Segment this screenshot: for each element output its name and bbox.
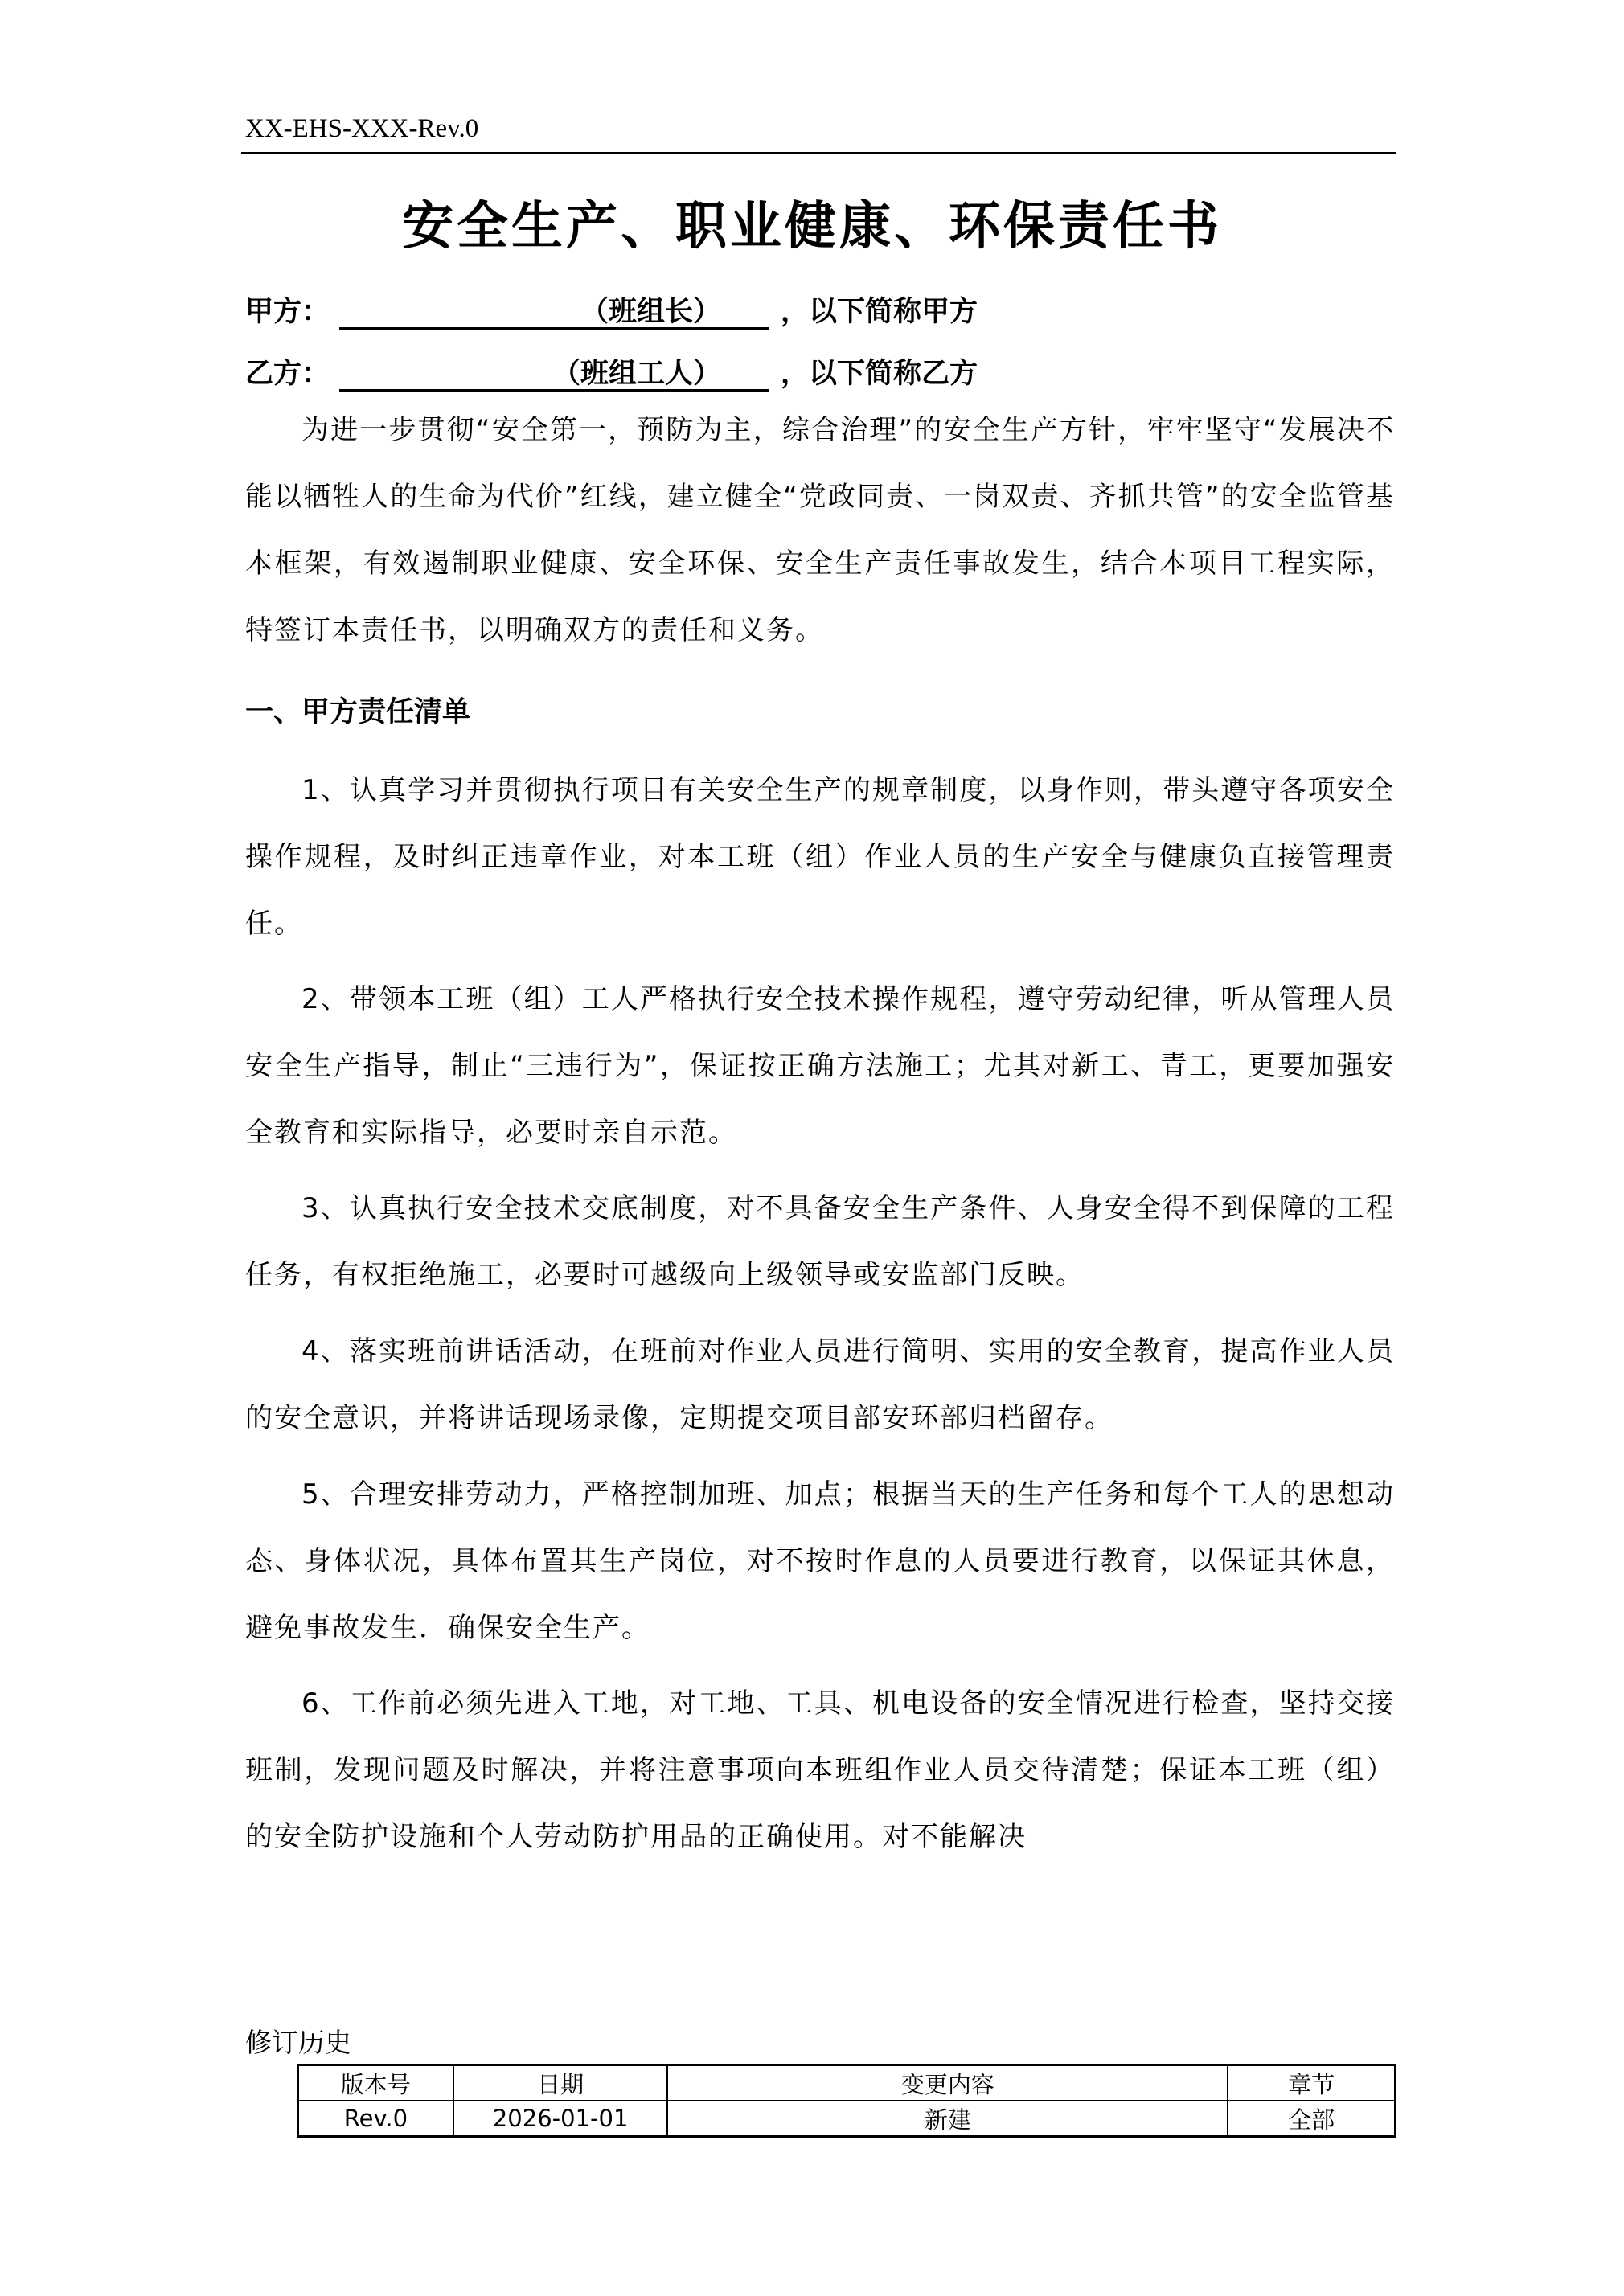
- document-title: 安全生产、职业健康、环保责任书: [0, 185, 1624, 259]
- column-header-date: 日期: [453, 2065, 668, 2101]
- party-b-line: 乙方： （班组工人） ，以下简称乙方: [245, 351, 978, 392]
- party-b-name-field[interactable]: （班组工人）: [339, 356, 769, 392]
- party-a-suffix: ，以下简称甲方: [781, 289, 978, 330]
- duty-item-6: 6、工作前必须先进入工地，对工地、工具、机电设备的安全情况进行检查，坚持交接班制…: [245, 1671, 1395, 1871]
- cell-version: Rev.0: [298, 2101, 453, 2137]
- party-a-label: 甲方：: [245, 289, 330, 330]
- cell-section: 全部: [1228, 2101, 1395, 2137]
- cell-change: 新建: [667, 2101, 1228, 2137]
- table-row: Rev.0 2026-01-01 新建 全部: [298, 2101, 1395, 2137]
- party-a-line: 甲方： （班组长） ，以下简称甲方: [245, 289, 978, 330]
- section-heading-party-a-duties: 一、甲方责任清单: [245, 690, 470, 730]
- column-header-change: 变更内容: [667, 2065, 1228, 2101]
- column-header-version: 版本号: [298, 2065, 453, 2101]
- party-b-label: 乙方：: [245, 351, 330, 392]
- column-header-section: 章节: [1228, 2065, 1395, 2101]
- duty-item-3: 3、认真执行安全技术交底制度，对不具备安全生产条件、人身安全得不到保障的工程任务…: [245, 1175, 1395, 1309]
- duty-item-2: 2、带领本工班（组）工人严格执行安全技术操作规程，遵守劳动纪律，听从管理人员安全…: [245, 966, 1395, 1166]
- document-code: XX-EHS-XXX-Rev.0: [245, 114, 478, 144]
- duty-item-5: 5、合理安排劳动力，严格控制加班、加点；根据当天的生产任务和每个工人的思想动态、…: [245, 1462, 1395, 1662]
- party-b-suffix: ，以下简称乙方: [781, 351, 978, 392]
- cell-date: 2026-01-01: [453, 2101, 668, 2137]
- party-b-role: （班组工人）: [552, 358, 721, 390]
- table-header-row: 版本号 日期 变更内容 章节: [298, 2065, 1395, 2101]
- duty-item-1: 1、认真学习并贯彻执行项目有关安全生产的规章制度，以身作则，带头遵守各项安全操作…: [245, 757, 1395, 957]
- duty-item-4: 4、落实班前讲话活动，在班前对作业人员进行简明、实用的安全教育，提高作业人员的安…: [245, 1318, 1395, 1452]
- intro-paragraph: 为进一步贯彻“安全第一，预防为主，综合治理”的安全生产方针，牢牢坚守“发展决不能…: [245, 397, 1395, 664]
- header-divider: [241, 152, 1396, 154]
- revision-history-table: 版本号 日期 变更内容 章节 Rev.0 2026-01-01 新建 全部: [297, 2064, 1396, 2138]
- party-a-name-field[interactable]: （班组长）: [339, 294, 769, 330]
- party-a-role: （班组长）: [580, 296, 721, 328]
- revision-history-label: 修订历史: [245, 2022, 351, 2060]
